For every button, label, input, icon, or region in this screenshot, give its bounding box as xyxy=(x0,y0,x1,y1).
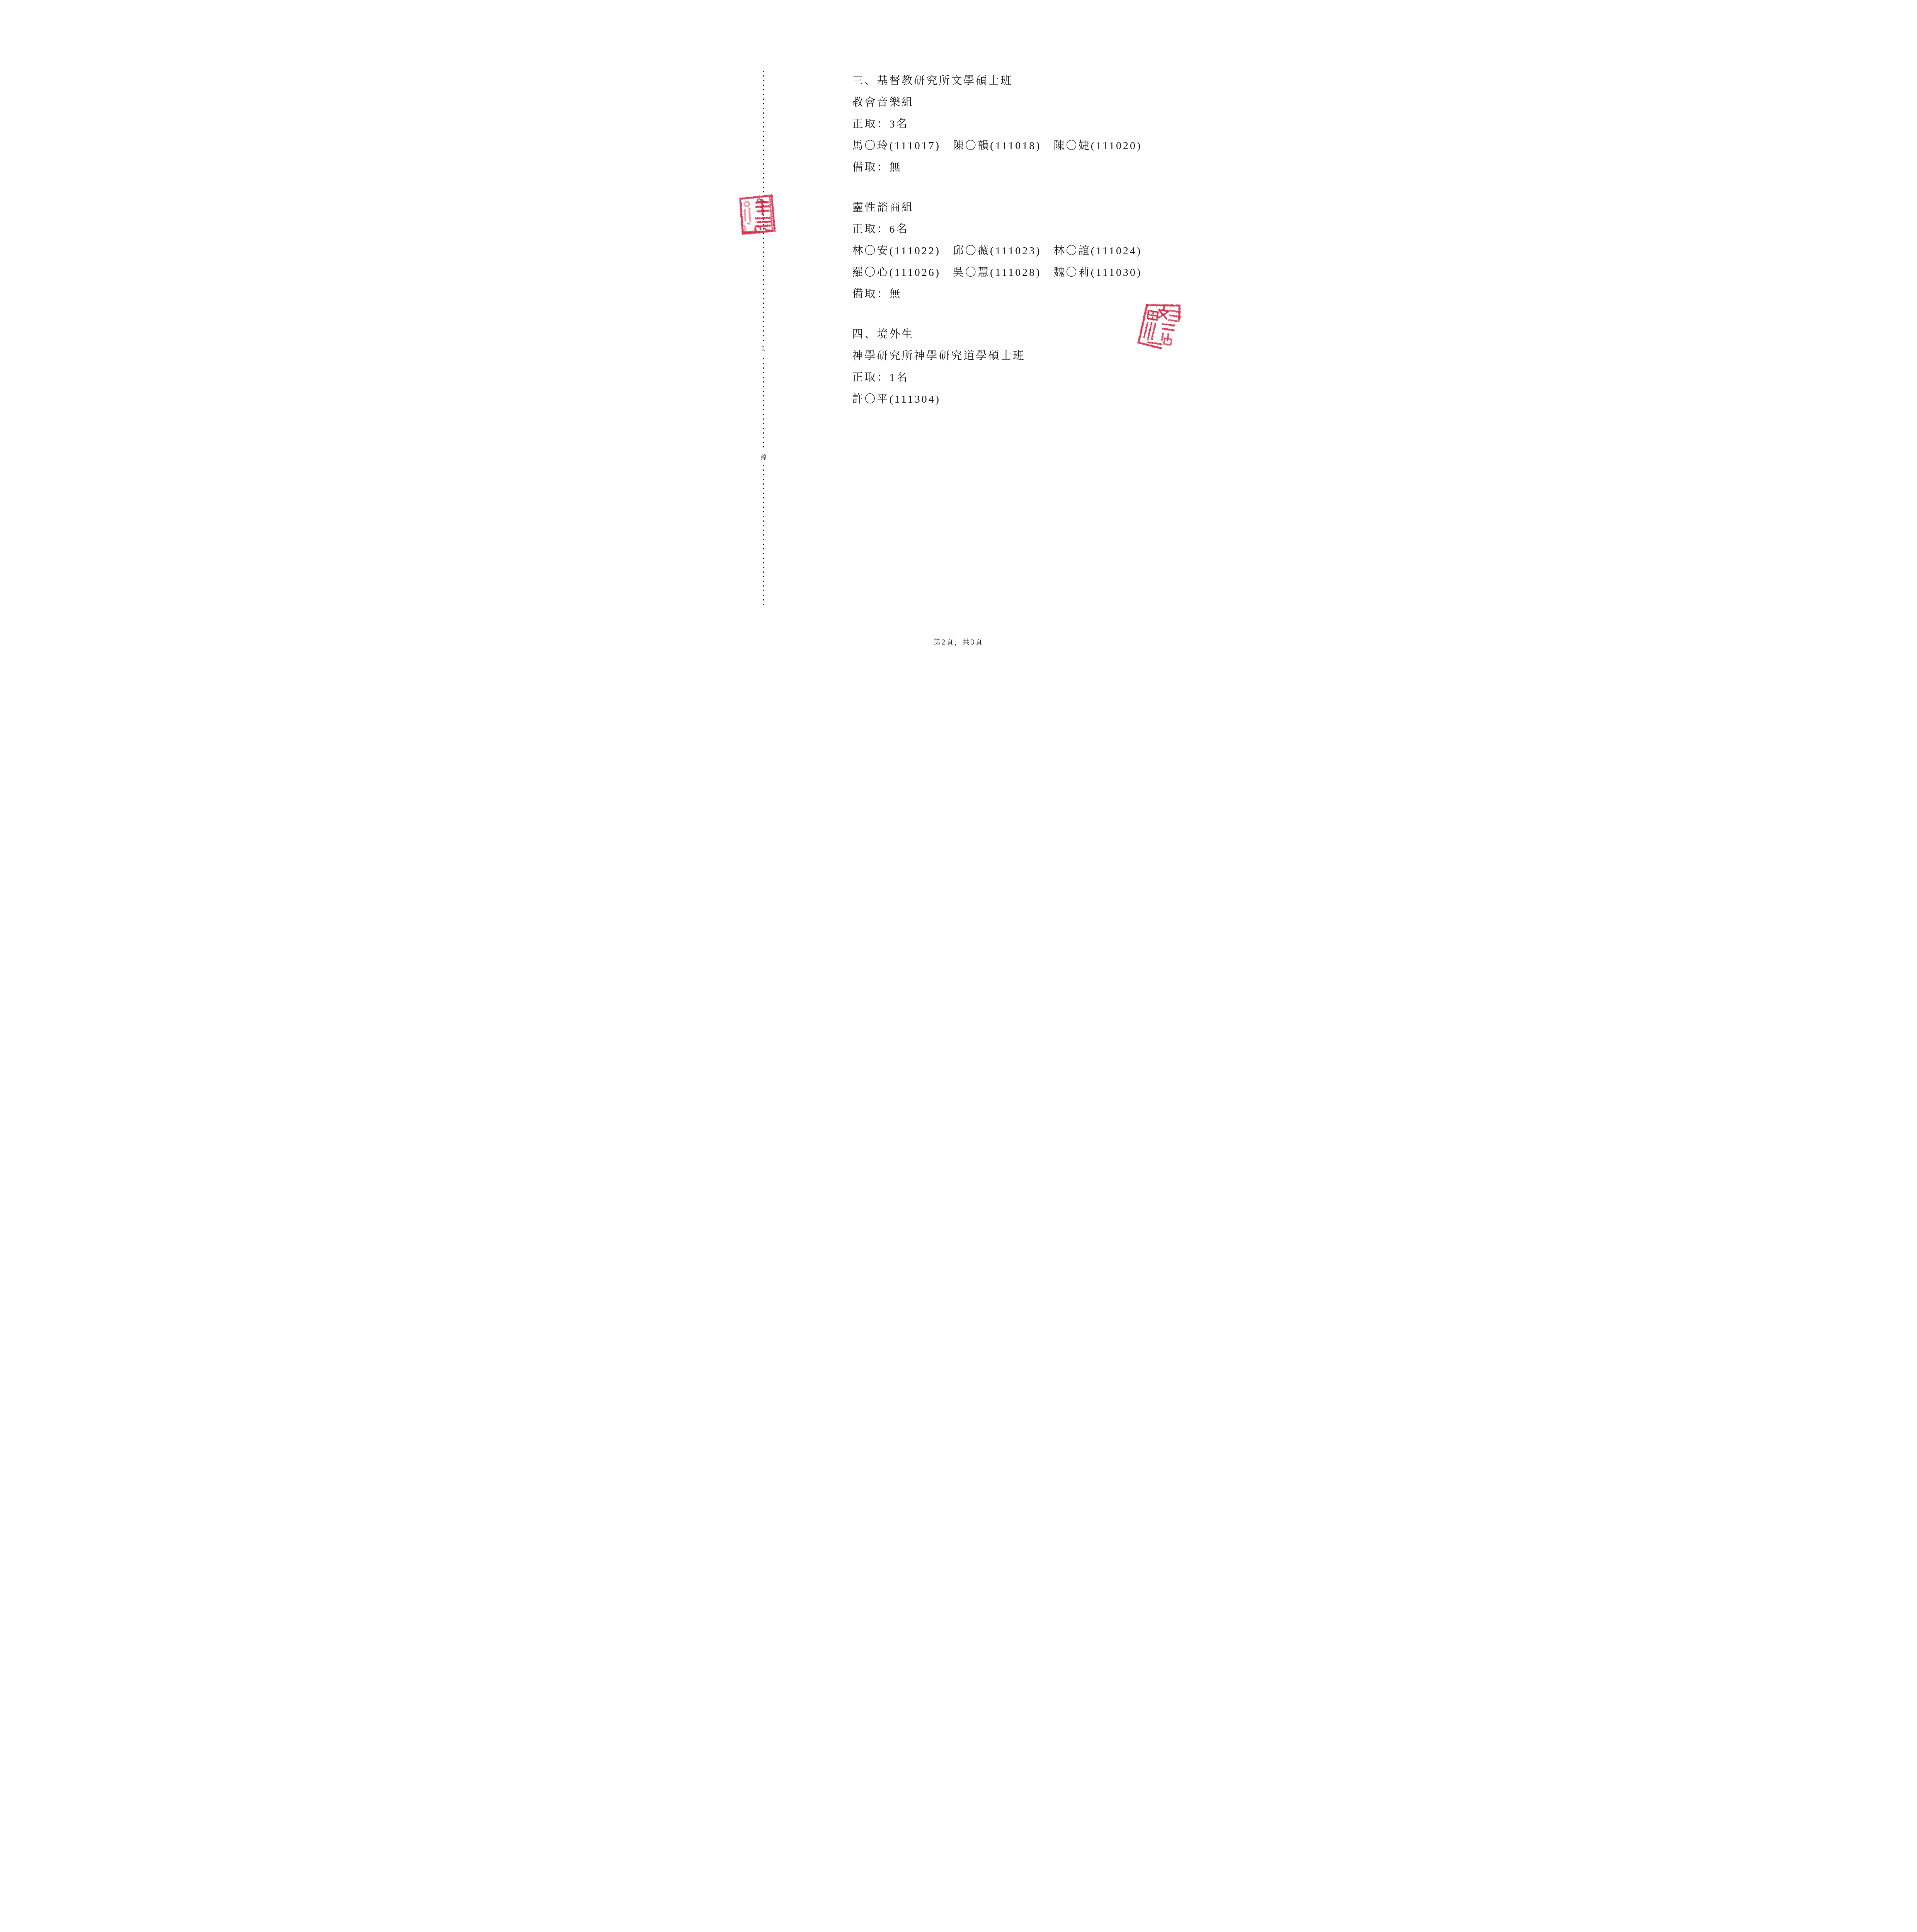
admitted-names: 許〇平(111304) xyxy=(852,389,1142,410)
binding-label-ding: 訂 xyxy=(759,342,769,355)
section-heading: 四、境外生 xyxy=(852,324,1142,345)
waitlist-status: 備取：無 xyxy=(852,157,1142,179)
program-name: 神學研究所神學研究道學碩士班 xyxy=(852,345,1142,367)
admitted-quota: 正取：1名 xyxy=(852,367,1142,389)
admitted-names: 馬〇玲(111017) 陳〇韻(111018) 陳〇婕(111020) xyxy=(852,135,1142,157)
binding-label-xian: 線 xyxy=(759,451,769,464)
group-name: 靈性諮商組 xyxy=(852,197,1142,219)
footer-page-number: 第2頁，共3頁 xyxy=(719,637,1198,647)
admitted-names: 林〇安(111022) 邱〇薇(111023) 林〇誼(111024) xyxy=(852,240,1142,262)
admitted-names: 羅〇心(111026) 吳〇慧(111028) 魏〇莉(111030) xyxy=(852,262,1142,284)
binding-dotted-line xyxy=(763,71,764,605)
waitlist-status: 備取：無 xyxy=(852,284,1142,305)
group-name: 教會音樂組 xyxy=(852,92,1142,114)
admitted-quota: 正取：3名 xyxy=(852,114,1142,135)
seal-stamp-right-icon xyxy=(1135,299,1182,352)
seal-stamp-left-icon xyxy=(737,193,776,235)
section-heading: 三、基督教研究所文學碩士班 xyxy=(852,70,1142,92)
admitted-quota: 正取：6名 xyxy=(852,219,1142,240)
document-body: 三、基督教研究所文學碩士班 教會音樂組 正取：3名 馬〇玲(111017) 陳〇… xyxy=(852,70,1142,410)
document-page: 訂 線 xyxy=(719,0,1198,678)
